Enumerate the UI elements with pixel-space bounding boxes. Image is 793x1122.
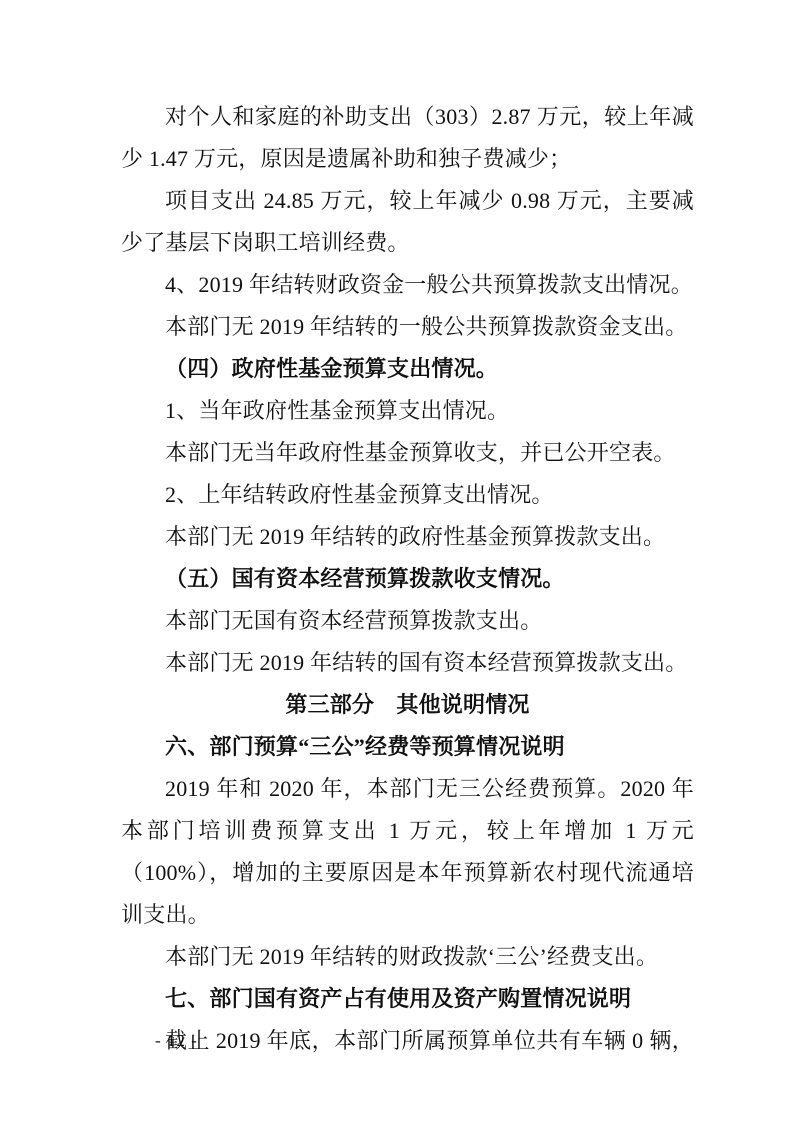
paragraph-subsidy-expense: 对个人和家庭的补助支出（303）2.87 万元，较上年减少 1.47 万元，原因… xyxy=(121,96,694,180)
paragraph-project-expense: 项目支出 24.85 万元，较上年减少 0.98 万元，主要减少了基层下岗职工培… xyxy=(121,180,694,264)
paragraph-item-1-current-year: 1、当年政府性基金预算支出情况。 xyxy=(121,390,694,432)
part-3-title: 第三部分 其他说明情况 xyxy=(121,684,694,726)
document-page: 对个人和家庭的补助支出（303）2.87 万元，较上年减少 1.47 万元，原因… xyxy=(0,0,793,1122)
heading-section-4-gov-fund-budget: （四）政府性基金预算支出情况。 xyxy=(121,348,694,390)
paragraph-item-2-prior-year: 2、上年结转政府性基金预算支出情况。 xyxy=(121,474,694,516)
paragraph-item-4-carryover: 4、2019 年结转财政资金一般公共预算拨款支出情况。 xyxy=(121,264,694,306)
paragraph-no-three-public-carryover: 本部门无 2019 年结转的财政拨款‘三公’经费支出。 xyxy=(121,936,694,978)
heading-section-5-state-capital: （五）国有资本经营预算拨款收支情况。 xyxy=(121,558,694,600)
paragraph-no-gov-fund-budget: 本部门无当年政府性基金预算收支，并已公开空表。 xyxy=(121,432,694,474)
paragraph-no-state-capital-expense: 本部门无国有资本经营预算拨款支出。 xyxy=(121,600,694,642)
heading-section-6-three-public-funds: 六、部门预算“三公”经费等预算情况说明 xyxy=(121,726,694,768)
paragraph-no-carryover-funds: 本部门无 2019 年结转的一般公共预算拨款资金支出。 xyxy=(121,306,694,348)
paragraph-training-fee-budget: 2019 年和 2020 年，本部门无三公经费预算。2020 年本部门培训费预算… xyxy=(121,768,694,936)
document-text-block: 对个人和家庭的补助支出（303）2.87 万元，较上年减少 1.47 万元，原因… xyxy=(121,96,694,1062)
paragraph-no-state-capital-carryover: 本部门无 2019 年结转的国有资本经营预算拨款支出。 xyxy=(121,642,694,684)
page-number: - 12 - xyxy=(155,1030,198,1052)
paragraph-vehicles-count: 截止 2019 年底，本部门所属预算单位共有车辆 0 辆， xyxy=(121,1020,694,1062)
paragraph-no-gov-fund-carryover: 本部门无 2019 年结转的政府性基金预算拨款支出。 xyxy=(121,516,694,558)
heading-section-7-state-assets: 七、部门国有资产占有使用及资产购置情况说明 xyxy=(121,978,694,1020)
